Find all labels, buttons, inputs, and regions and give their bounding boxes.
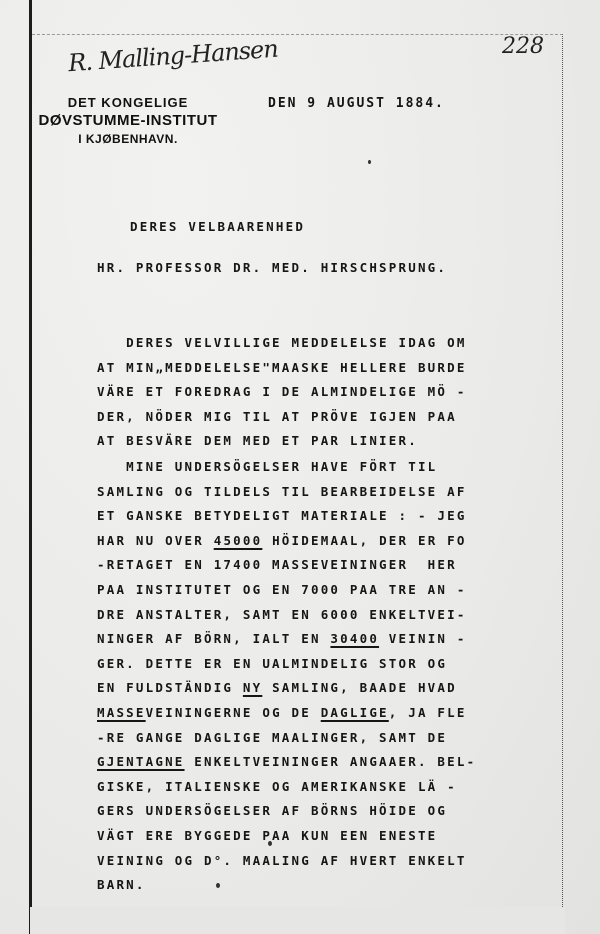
underlined-emphasis: MASSE	[97, 705, 146, 720]
salutation: DERES VELBAARENHED	[130, 219, 305, 234]
paragraph-2-line: -RE GANGE DAGLIGE MAALINGER, SAMT DE	[97, 726, 476, 751]
underlined-emphasis: NY	[243, 680, 262, 695]
underlined-emphasis: DAGLIGE	[321, 705, 389, 720]
paragraph-2-line: HAR NU OVER 45000 HÖIDEMAAL, DER ER FO	[97, 529, 476, 554]
paragraph-2-line: VÄGT ERE BYGGEDE PAA KUN EEN ENESTE	[97, 824, 476, 849]
paragraph-2-line: MASSEVEININGERNE OG DE DAGLIGE, JA FLE	[97, 701, 476, 726]
scan-speck	[368, 160, 371, 164]
paragraph-2-line: SAMLING OG TILDELS TIL BEARBEIDELSE AF	[97, 480, 476, 505]
scan-speck	[268, 841, 272, 846]
addressee: HR. PROFESSOR DR. MED. HIRSCHSPRUNG.	[97, 260, 447, 275]
paragraph-2-line: GER. DETTE ER EN UALMINDELIG STOR OG	[97, 652, 476, 677]
underlined-emphasis: 45000	[214, 533, 263, 548]
letterhead-line-3: I KJØBENHAVN.	[33, 130, 223, 148]
letter-date: DEN 9 AUGUST 1884.	[268, 96, 445, 111]
paragraph-2-line: ET GANSKE BETYDELIGT MATERIALE : - JEG	[97, 504, 476, 529]
paragraph-1: DERES VELVILLIGE MEDDELELSE IDAG OMAT MI…	[97, 331, 467, 454]
paragraph-2-line: -RETAGET EN 17400 MASSEVEININGER HER	[97, 553, 476, 578]
paragraph-1-line: DER, NÖDER MIG TIL AT PRÖVE IGJEN PAA	[97, 405, 467, 430]
page-number: 228	[502, 34, 544, 59]
paragraph-2-line: MINE UNDERSÖGELSER HAVE FÖRT TIL	[97, 455, 476, 480]
letterhead-line-2: DØVSTUMME-INSTITUT	[33, 112, 223, 130]
paragraph-2-line: GJENTAGNE ENKELTVEININGER ANGAAER. BEL-	[97, 750, 476, 775]
letterhead-line-1: DET KONGELIGE	[33, 94, 223, 112]
paragraph-1-line: AT MIN„MEDDELELSE"MAASKE HELLERE BURDE	[97, 356, 467, 381]
paragraph-1-line: DERES VELVILLIGE MEDDELELSE IDAG OM	[97, 331, 467, 356]
letterhead: DET KONGELIGE DØVSTUMME-INSTITUT I KJØBE…	[33, 94, 223, 148]
paragraph-2-line: VEINING OG D°. MAALING AF HVERT ENKELT	[97, 849, 476, 874]
paragraph-2-line: DRE ANSTALTER, SAMT EN 6000 ENKELTVEI-	[97, 603, 476, 628]
paragraph-2-line: EN FULDSTÄNDIG NY SAMLING, BAADE HVAD	[97, 676, 476, 701]
paragraph-1-line: VÄRE ET FOREDRAG I DE ALMINDELIGE MÖ -	[97, 380, 467, 405]
underlined-emphasis: 30400	[330, 631, 379, 646]
paragraph-2-line: PAA INSTITUTET OG EN 7000 PAA TRE AN -	[97, 578, 476, 603]
underlined-emphasis: GJENTAGNE	[97, 754, 185, 769]
paragraph-2: MINE UNDERSÖGELSER HAVE FÖRT TILSAMLING …	[97, 455, 476, 898]
page-bottom-margin	[30, 907, 565, 934]
scan-speck	[216, 883, 220, 888]
paragraph-2-line: GERS UNDERSÖGELSER AF BÖRNS HÖIDE OG	[97, 799, 476, 824]
paragraph-2-line: NINGER AF BÖRN, IALT EN 30400 VEININ -	[97, 627, 476, 652]
paragraph-1-line: AT BESVÄRE DEM MED ET PAR LINIER.	[97, 429, 467, 454]
paragraph-2-line: GISKE, ITALIENSKE OG AMERIKANSKE LÄ -	[97, 775, 476, 800]
paragraph-2-line: BARN.	[97, 873, 476, 898]
